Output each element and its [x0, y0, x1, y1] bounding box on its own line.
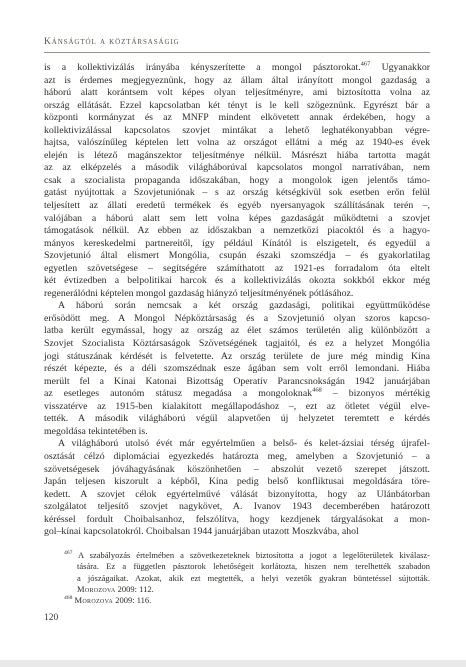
- body-line: az esetleges autonóm státusz megadása a …: [44, 388, 430, 401]
- body-line: megoldása tekintetében is.: [44, 426, 430, 439]
- running-header: Kánságtól a köztársaságig: [44, 37, 430, 47]
- header-rule: [44, 52, 430, 53]
- page-edge-shadow: [0, 660, 466, 667]
- body-line: egyetlen szövetségese – segítségére szám…: [44, 263, 430, 276]
- footnotes: 467 A szabályozás értelmében a szövetkez…: [44, 550, 430, 606]
- body-line: visszatérve az 1915-ben kialakított megá…: [44, 401, 430, 414]
- body-line: két évtizedben a belpolitikai harcok és …: [44, 275, 430, 288]
- body-line: Szovjetunió által elismert Mongólia, csu…: [44, 250, 430, 263]
- footnote-line: 468 Morozova 2009: 116.: [64, 595, 430, 606]
- footnote-line: tására. Ez a független pásztorok lehetős…: [77, 561, 430, 572]
- body-line: jogi státuszának kérdését is felvetette.…: [44, 351, 430, 364]
- body-line: merült fel a Kínai Katonai Bizottság Ope…: [44, 376, 430, 389]
- body-line: valójában a háború alatt sem lett volna …: [44, 213, 430, 226]
- body-line: csak a szocialista propaganda időszakába…: [44, 175, 430, 188]
- body-line: kollektivizálással kapcsolatos szovjet m…: [44, 125, 430, 138]
- body-line: latba került egymással, hogy az ország a…: [44, 325, 430, 338]
- body-line: kedett. A szovjet célok egyértelművé vál…: [44, 489, 430, 502]
- body-line: mányos kereskedelmi partnereitől, így pé…: [44, 238, 430, 251]
- body-line: Japán teljesen kiszorult a képből, Kína …: [44, 476, 430, 489]
- body-line: ország ellátását. Ezzel kapcsolatban két…: [44, 100, 430, 113]
- footnote-line: 467 A szabályozás értelmében a szövetkez…: [64, 550, 430, 561]
- footnote-line: Morozova 2009: 112.: [77, 584, 430, 595]
- body-line: A világháború utolsó évét már egyértelmű…: [44, 438, 430, 451]
- body-text: is a kollektivizálás irányába kényszerít…: [44, 62, 430, 539]
- body-line: gol–kínai kapcsolatokról. Choibalsan 194…: [44, 526, 430, 539]
- body-line: szolgálatot teljesítő szovjet nagykövet,…: [44, 501, 430, 514]
- body-line: szövetségesek jóváhagyásának köszönhetőe…: [44, 464, 430, 477]
- book-page: Kánságtól a köztársaságig is a kollektiv…: [0, 0, 466, 667]
- body-line: elején is létező magánszektor teljesítmé…: [44, 150, 430, 163]
- body-line: azt is érdemes megjegyeznünk, hogy az ál…: [44, 75, 430, 88]
- body-line: A háború során nemcsak a két ország gazd…: [44, 300, 430, 313]
- body-line: teljesített az állati eredetű termékek é…: [44, 200, 430, 213]
- body-line: gatást nyújtottak a Szovjetuniónak – s a…: [44, 187, 430, 200]
- body-line: háború alatt korántsem volt képes olyan …: [44, 87, 430, 100]
- body-line: tették. A második világháború végül alap…: [44, 413, 430, 426]
- body-line: erősödött meg. A Mongol Népköztársaság é…: [44, 313, 430, 326]
- body-line: Szovjet Szocialista Köztársaságok Szövet…: [44, 338, 430, 351]
- body-line: is a kollektivizálás irányába kényszerít…: [44, 62, 430, 75]
- body-line: regenerálódni képtelen mongol gazdaság h…: [44, 288, 430, 301]
- body-line: osztását célzó diplomáciai egyezkedés ha…: [44, 451, 430, 464]
- body-line: hajtsa, valószínűleg képtelen lett volna…: [44, 137, 430, 150]
- body-line: kéréssel fordult Choibalsanhoz, felszólí…: [44, 514, 430, 527]
- page-number: 120: [44, 613, 58, 623]
- body-line: az az elképzelés a második világháborúva…: [44, 162, 430, 175]
- body-line: központi kormányzat és az MNFP mindent e…: [44, 112, 430, 125]
- body-line: részét képezte, és a déli szomszédnak es…: [44, 363, 430, 376]
- body-line: támogatások nélkül. Az ebben az időszakb…: [44, 225, 430, 238]
- footnote-line: a jószágaikat. Azokat, akik ezt megtetté…: [77, 573, 430, 584]
